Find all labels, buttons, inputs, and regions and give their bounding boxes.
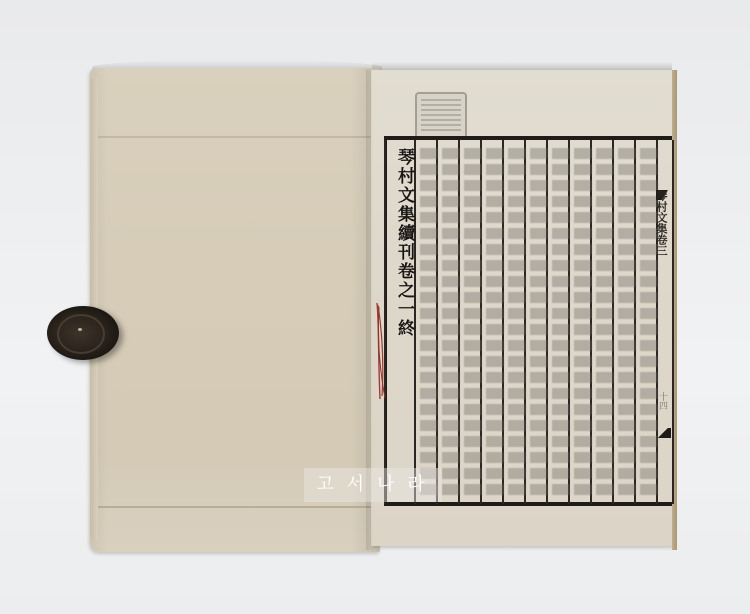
text-column [574, 148, 592, 498]
text-column [618, 148, 636, 498]
photo-scene: 琴村文集續刊卷之一終 琴村文集卷三 十四 고서나라 [0, 0, 750, 614]
paper-crease [98, 506, 374, 508]
text-column [464, 148, 482, 498]
text-column [508, 148, 526, 498]
weight-ring [57, 314, 105, 354]
brass-paperweight [47, 306, 119, 360]
column-rule [672, 140, 674, 504]
text-column [442, 148, 460, 498]
page-number: 十四 [659, 392, 669, 410]
weight-highlight [78, 328, 82, 331]
seal-stamp-icon [415, 92, 467, 140]
paper-crease [98, 136, 374, 138]
text-column [486, 148, 504, 498]
fish-tail-mark-icon [657, 428, 671, 438]
text-column [596, 148, 614, 498]
binding-thread [374, 301, 386, 401]
watermark-text: 고서나라 [304, 468, 442, 502]
text-column [420, 148, 438, 498]
text-column [530, 148, 548, 498]
seal-inscription [421, 99, 461, 134]
banxin-title: 琴村文集卷三 [655, 190, 669, 256]
page-shadow [372, 62, 672, 70]
colophon-title: 琴村文集續刊卷之一終 [391, 148, 417, 338]
text-column [552, 148, 570, 498]
